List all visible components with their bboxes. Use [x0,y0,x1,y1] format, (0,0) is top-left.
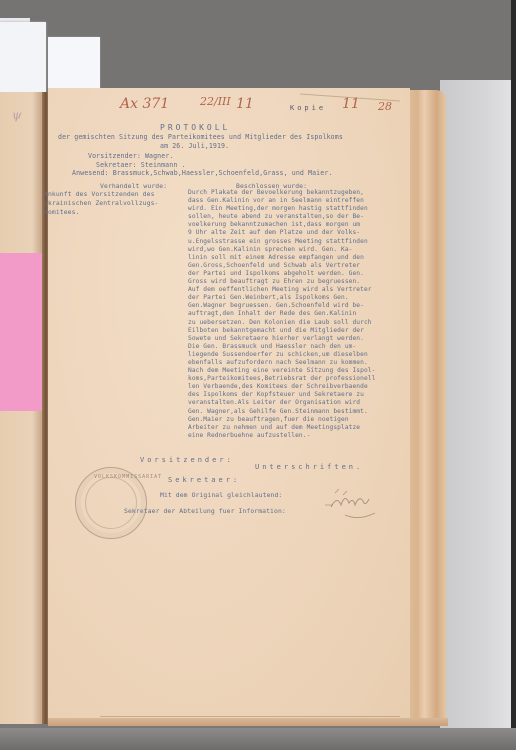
corner-number-handwritten: 28 [378,100,392,113]
resolution-line: der Partei Gen.Weinbert,als Ispolkoms Ge… [188,294,408,302]
scan-background-bottom [0,728,516,750]
resolution-line: liegende Sussendoerfer zu schicken,um di… [188,351,408,359]
resolution-line: 9 Uhr alte Zeit auf dem Platze und der V… [188,229,408,237]
item-number-handwritten: 11 [236,96,254,112]
resolution-line: dass Gen.Kalinin vor an in Seelmann eint… [188,197,408,205]
meeting-date: am 26. Juli,1919. [160,141,229,151]
resolution-line: zu uebersetzen. Den Kolonien die Laub so… [188,319,408,327]
resolution-line: linin soll mit einem Adresse empfangen u… [188,254,408,262]
copy-number-handwritten: 11 [342,96,360,112]
resolution-line: auftragt,den Inhalt der Rede des Gen.Kal… [188,310,408,318]
scan-border-right [511,0,516,750]
right-column-resolutions: Durch Plakate der Bevoelkerung bekanntzu… [188,189,408,440]
paper-tab-right [48,37,100,89]
resolution-line: Nach dem Meeting eine vereinte Sitzung d… [188,367,408,375]
resolution-line: eine Rednerbuehne aufzustellen.- [188,432,408,440]
agenda-line: komitees. [44,207,80,217]
resolution-line: koms,Parteikomitees,Betriebsrat der prof… [188,375,408,383]
resolution-line: ebenfalls aufzufordern nach Seelmann zu … [188,359,408,367]
resolution-line: Gen.Maier zu beauftragen,fuer die noetig… [188,416,408,424]
stamp-text: VOLKSKOMMISSARIAT [94,474,162,480]
resolution-line: voelkerung bekanntzumachen ist,dass morg… [188,221,408,229]
secretary-signature-label: Sekretaer: [168,475,240,485]
resolution-line: der Partei und Ispolkoms abgeholt werden… [188,270,408,278]
resolution-line: Eilboten bekanntgemacht und die Mitglied… [188,327,408,335]
official-stamp: VOLKSKOMMISSARIAT [75,467,147,539]
resolution-line: Die Gen. Brassmuck und Haessler nach den… [188,343,408,351]
resolution-line: Gen.Gross,Schoenfeld und Schwab als Vert… [188,262,408,270]
resolution-line: Sowete und Sekretaere hierher verlangt w… [188,335,408,343]
resolution-line: Gross wird beauftragt zu Ehren zu begrue… [188,278,408,286]
resolution-line: des Ispolkoms der Kopfsteuer und Sekreta… [188,391,408,399]
resolution-line: Arbeiter zu nehmen und auf dem Meetingsp… [188,424,408,432]
resolution-line: Gen. Wagner,als Gehilfe Gen.Steinmann be… [188,408,408,416]
archive-number-handwritten: Ax 371 [120,96,169,112]
info-secretary-line: Sekretaer der Abteilung fuer Information… [124,506,286,516]
pink-index-tab [0,253,42,411]
stamp-inner-ring [85,477,137,529]
copy-label: Kopie [290,103,326,113]
scan-background-right [440,80,516,750]
signatures-label: Unterschriften. [255,462,363,472]
page-bottom-edge [48,718,448,726]
resolution-line: len Verbaende,des Komitees der Schreibve… [188,383,408,391]
attendees-line: Anwesend: Brassmuck,Schwab,Haessler,Scho… [72,168,332,178]
resolution-line: Auf dem oeffentlichen Meeting wird als V… [188,286,408,294]
chair-signature-label: Vorsitzender: [140,455,234,465]
bottom-fold-line [100,716,400,717]
certification-line: Mit dem Original gleichlautend: [160,490,282,500]
resolution-line: Gen.Wagner begruessen. Gen.Schoenfeld wi… [188,302,408,310]
resolution-line: sollen, heute abend zu veranstalten,so d… [188,213,408,221]
resolution-line: wird,wo Gen.Kalinin sprechen wird. Gen. … [188,246,408,254]
left-page-pencil-mark: ψ [12,108,21,122]
resolution-line: Durch Plakate der Bevoelkerung bekanntzu… [188,189,408,197]
paper-tab-left [0,22,46,94]
handwritten-signature [325,485,385,525]
resolution-line: wird. Ein Meeting,der morgen hastig stat… [188,205,408,213]
resolution-line: u.Engelsstrasse ein grosses Meeting stat… [188,238,408,246]
resolution-line: veranstalten.Als Leiter der Organisation… [188,399,408,407]
fraction-mark-handwritten: 22/III [200,95,231,108]
